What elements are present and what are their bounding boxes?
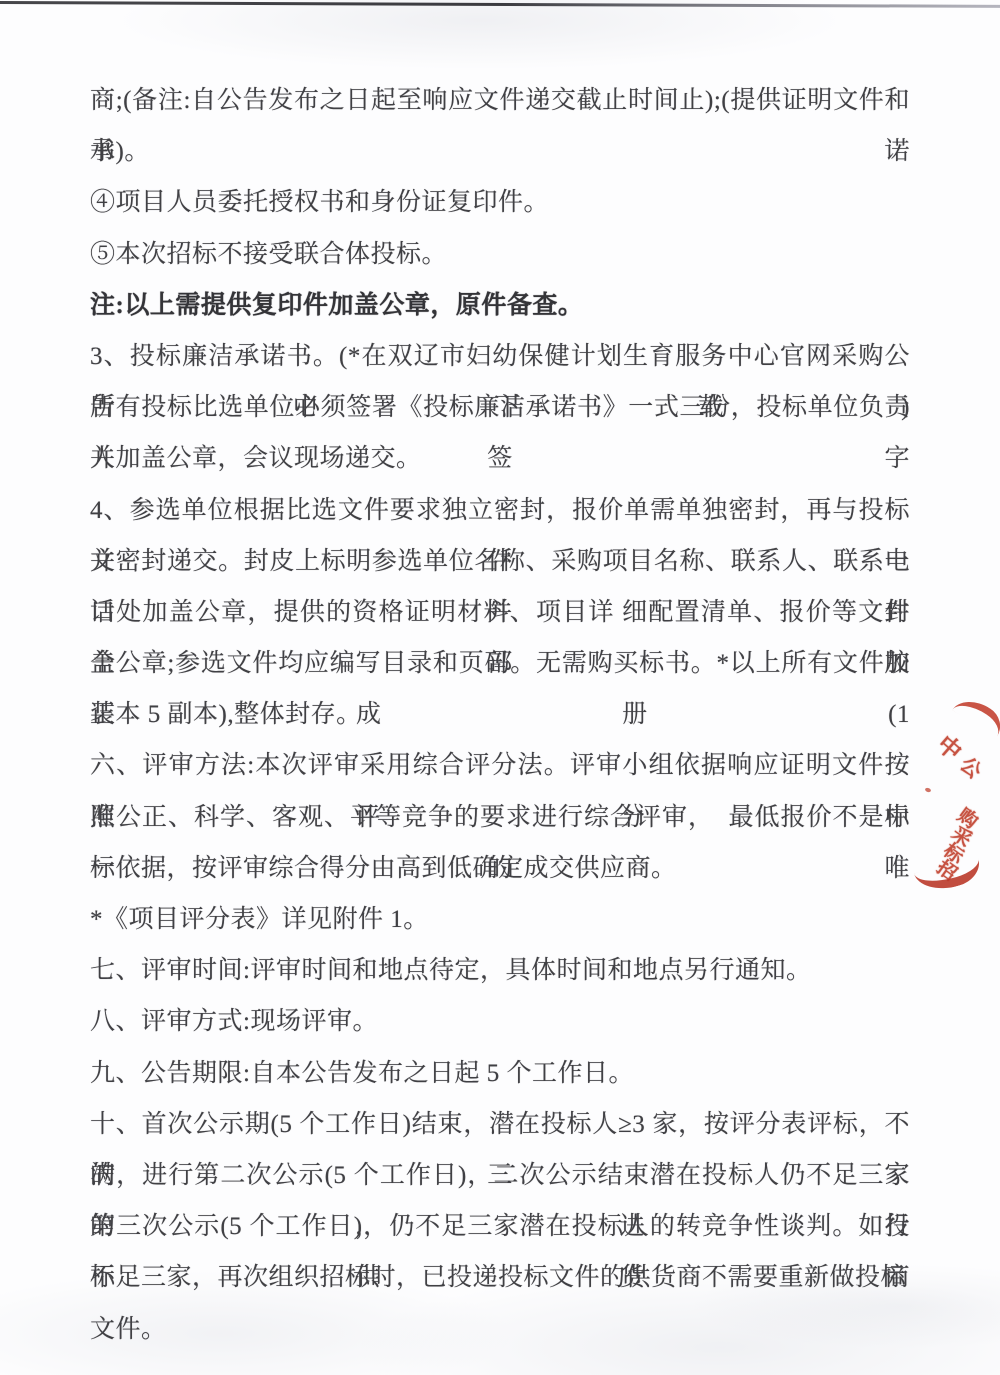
text-line: 3、投标廉洁承诺书。(*在双辽市妇幼保健计划生育服务中心官网采购公告中下载) <box>90 331 910 382</box>
text-line: 不足三家，再次组织招标时，已投递投标文件的供货商不需要重新做投标文件。 <box>90 1252 910 1303</box>
text-line: 六、评审方法:本次评审采用综合评分法。评审小组依据响应证明文件按照评分标 <box>90 740 910 791</box>
text-line: 4、参选单位根据比选文件要求独立密封，报价单需单独密封，再与投标文件一 <box>90 485 910 536</box>
text-line: 十、首次公示期(5 个工作日)结束，潜在投标人≥3 家，按评分表评标，不满三家 <box>90 1099 910 1150</box>
text-line: 口处加盖公章，提供的资格证明材料、项目详 细配置清单、报价等文件全部加 <box>90 587 910 638</box>
text-line: 准公正、科学、客观、平等竞争的要求进行综合评审， 最低报价不是中标的唯 <box>90 792 910 843</box>
document-page: 商;(备注:自公告发布之日起至响应文件递交截止时间止);(提供证明文件和承诺 书… <box>90 75 910 1304</box>
text-line: *《项目评分表》详见附件 1。 <box>90 894 910 945</box>
scan-edge-artifact <box>0 1 1000 8</box>
text-line: 所有投标比选单位必须签署《投标廉洁承诺书》一式三份，投标单位负责人签字 <box>90 382 910 433</box>
text-line: 九、公告期限:自本公告发布之日起 5 个工作日。 <box>90 1048 910 1099</box>
stamp-ink-speck <box>924 787 931 793</box>
text-line: 第三次公示(5 个工作日)，仍不足三家潜在投标人的转竞争性谈判。如投标供货商 <box>90 1201 910 1252</box>
stamp-char: 采 <box>947 819 978 852</box>
text-line: 商;(备注:自公告发布之日起至响应文件递交截止时间止);(提供证明文件和承诺 <box>90 75 910 126</box>
text-line: 八、评审方式:现场评审。 <box>90 996 910 1047</box>
text-line: 七、评审时间:评审时间和地点待定，具体时间和地点另行通知。 <box>90 945 910 996</box>
stamp-char: 购 <box>953 801 984 834</box>
text-line: ⑤本次招标不接受联合体投标。 <box>90 229 910 280</box>
text-line: 的，进行第二次公示(5 个工作日)，二次公示结束潜在投标人仍不足三家的，进行 <box>90 1150 910 1201</box>
stamp-char: 招 <box>932 853 963 886</box>
text-line: 盖公章;参选文件均应编写目录和页码。无需购买标书。*以上所有文件胶装成册(1 <box>90 638 910 689</box>
text-line-note: 注:以上需提供复印件加盖公章，原件备查。 <box>90 280 910 331</box>
stamp-arc-bottom <box>914 855 984 896</box>
text-line: 并密封递交。封皮上标明参选单位名称、采购项目名称、联系人、联系电话并封 <box>90 536 910 587</box>
stamp-arc-top <box>952 692 1000 739</box>
text-line: ④项目人员委托授权书和身份证复印件。 <box>90 177 910 228</box>
stamp-char: 标 <box>939 836 970 869</box>
stamp-char: 中 <box>931 727 970 767</box>
stamp-char: 公 <box>955 749 989 784</box>
official-red-stamp: 中 公 购 采 标 招 <box>912 700 1000 905</box>
